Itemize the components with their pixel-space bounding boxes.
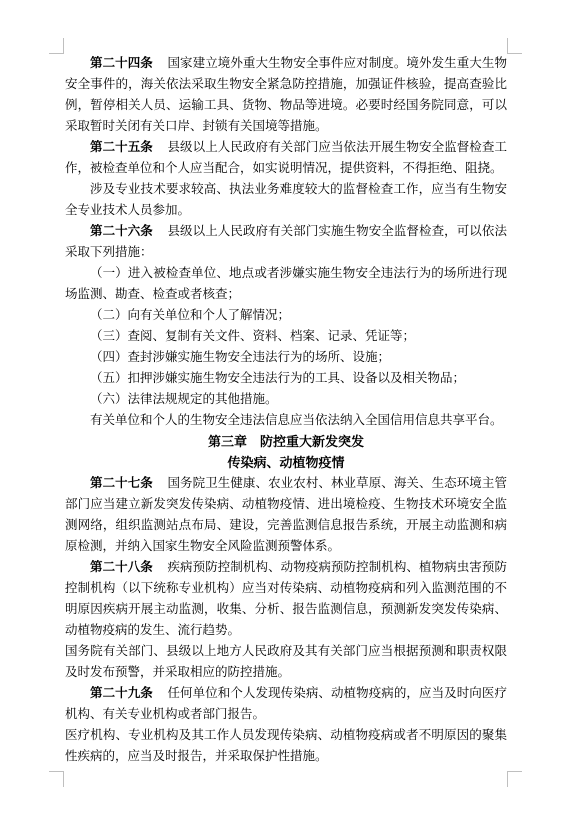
article-number: 第二十四条 bbox=[90, 56, 153, 70]
article-number: 第二十七条 bbox=[90, 476, 153, 490]
article-paragraph: 第二十六条 县级以上人民政府有关部门实施生物安全监督检查，可以依法采取下列措施： bbox=[65, 221, 507, 263]
body-paragraph: 医疗机构、专业机构及其工作人员发现传染病、动植物疫病或者不明原因的聚集性疾病的，… bbox=[65, 725, 507, 767]
paragraph-text: 涉及专业技术要求较高、执法业务难度较大的监督检查工作，应当有生物安全专业技术人员… bbox=[65, 182, 507, 217]
body-paragraph: 有关单位和个人的生物安全违法信息应当依法纳入全国信用信息共享平台。 bbox=[65, 410, 507, 431]
body-paragraph: 涉及专业技术要求较高、执法业务难度较大的监督检查工作，应当有生物安全专业技术人员… bbox=[65, 179, 507, 221]
margin-mark-top-left bbox=[49, 38, 64, 54]
paragraph-text: 医疗机构、专业机构及其工作人员发现传染病、动植物疫病或者不明原因的聚集性疾病的，… bbox=[65, 728, 507, 763]
article-paragraph: 第二十五条 县级以上人民政府有关部门应当依法开展生物安全监督检查工作，被检查单位… bbox=[65, 137, 507, 179]
chapter-heading: 第三章 防控重大新发突发 bbox=[65, 431, 507, 452]
paragraph-text: （三）查阅、复制有关文件、资料、档案、记录、凭证等； bbox=[90, 329, 415, 343]
article-paragraph: 第二十七条 国务院卫生健康、农业农村、林业草原、海关、生态环境主管部门应当建立新… bbox=[65, 473, 507, 557]
paragraph-text: 国务院有关部门、县级以上地方人民政府及其有关部门应当根据预测和职责权限及时发布预… bbox=[65, 644, 507, 679]
chapter-heading: 传染病、动植物疫情 bbox=[65, 452, 507, 473]
body-paragraph: （二）向有关单位和个人了解情况； bbox=[65, 305, 507, 326]
body-paragraph: （四）查封涉嫌实施生物安全违法行为的场所、设施； bbox=[65, 347, 507, 368]
document-content: 第二十四条 国家建立境外重大生物安全事件应对制度。境外发生重大生物安全事件的，海… bbox=[65, 53, 507, 767]
margin-mark-bottom-left bbox=[49, 771, 64, 787]
paragraph-text: （一）进入被检查单位、地点或者涉嫌实施生物安全违法行为的场所进行现场监测、勘查、… bbox=[65, 266, 507, 301]
paragraph-text: （五）扣押涉嫌实施生物安全违法行为的工具、设备以及相关物品； bbox=[90, 371, 465, 385]
paragraph-text: （二）向有关单位和个人了解情况； bbox=[90, 308, 290, 322]
document-page: 第二十四条 国家建立境外重大生物安全事件应对制度。境外发生重大生物安全事件的，海… bbox=[0, 0, 573, 817]
paragraph-text: （六）法律法规规定的其他措施。 bbox=[90, 392, 278, 406]
article-paragraph: 第二十四条 国家建立境外重大生物安全事件应对制度。境外发生重大生物安全事件的，海… bbox=[65, 53, 507, 137]
margin-mark-top-right bbox=[507, 38, 522, 54]
paragraph-text: （四）查封涉嫌实施生物安全违法行为的场所、设施； bbox=[90, 350, 390, 364]
article-paragraph: 第二十八条 疾病预防控制机构、动物疫病预防控制机构、植物病虫害预防控制机构（以下… bbox=[65, 557, 507, 641]
body-paragraph: （五）扣押涉嫌实施生物安全违法行为的工具、设备以及相关物品； bbox=[65, 368, 507, 389]
body-paragraph: （一）进入被检查单位、地点或者涉嫌实施生物安全违法行为的场所进行现场监测、勘查、… bbox=[65, 263, 507, 305]
body-paragraph: 国务院有关部门、县级以上地方人民政府及其有关部门应当根据预测和职责权限及时发布预… bbox=[65, 641, 507, 683]
body-paragraph: （六）法律法规规定的其他措施。 bbox=[65, 389, 507, 410]
article-paragraph: 第二十九条 任何单位和个人发现传染病、动植物疫病的，应当及时向医疗机构、有关专业… bbox=[65, 683, 507, 725]
article-number: 第二十九条 bbox=[90, 686, 153, 700]
article-number: 第二十五条 bbox=[90, 140, 153, 154]
article-number: 第二十六条 bbox=[90, 224, 153, 238]
margin-mark-bottom-right bbox=[507, 771, 522, 787]
article-number: 第二十八条 bbox=[90, 560, 153, 574]
paragraph-text: 有关单位和个人的生物安全违法信息应当依法纳入全国信用信息共享平台。 bbox=[90, 413, 503, 427]
body-paragraph: （三）查阅、复制有关文件、资料、档案、记录、凭证等； bbox=[65, 326, 507, 347]
